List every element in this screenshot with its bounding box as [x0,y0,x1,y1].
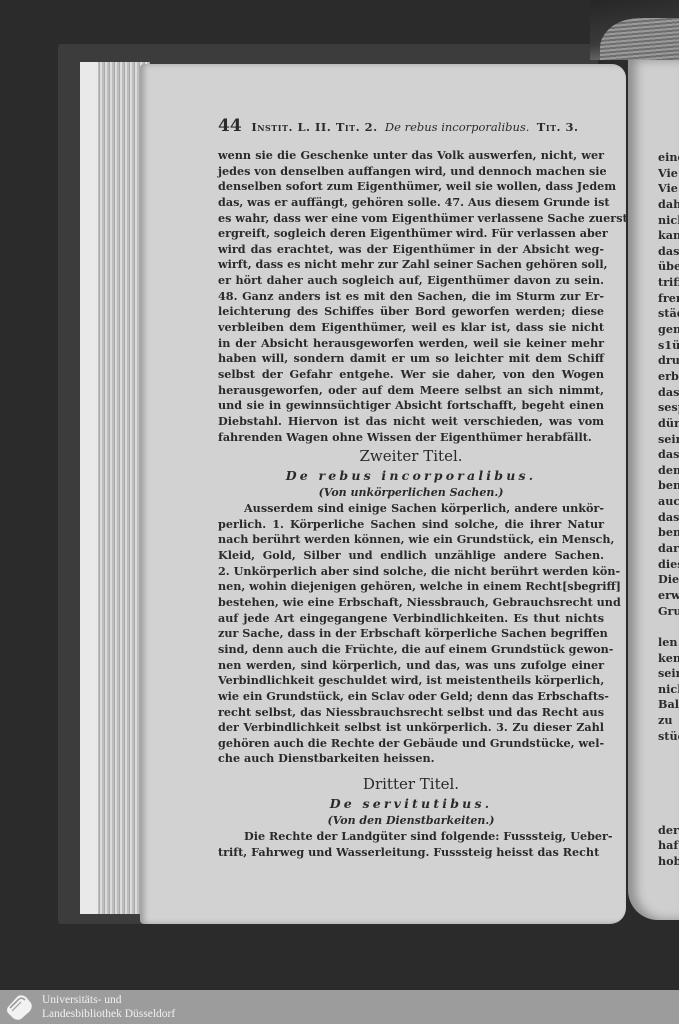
text-line: herausgeworfen, oder auf dem Meere selbs… [218,383,604,399]
facing-page-fragment: Die [658,572,679,588]
text-line: perlich. 1. Körperliche Sachen sind solc… [218,517,604,533]
section-heading: Dritter Titel. [218,773,604,795]
endpaper-strip [80,62,98,914]
text-line: denselben sofort zum Eigenthümer, weil s… [218,179,604,195]
facing-page-fragment: einc [658,150,679,166]
facing-page-fragment: gen [658,322,679,338]
facing-page-fragment: das [658,244,679,260]
text-line: verbleiben dem Eigenthümer, weil es klar… [218,320,604,336]
text-line: es wahr, dass wer eine vom Eigenthümer v… [218,211,604,227]
text-line: gehören auch die Rechte der Gebäude und … [218,736,604,752]
facing-page-fragment: fren [658,291,679,307]
text-line: leichterung des Schiffes über Bord gewor… [218,304,604,320]
section-latin-title: De rebus incorporalibus. [218,467,604,485]
text-line: nen, wohin diejenigen gehören, welche in… [218,579,604,595]
page-number: 44 [218,116,242,136]
facing-page-fragment: sein [658,432,679,448]
text-line: haben will, sondern damit er um so leich… [218,351,604,367]
facing-page-fragment: Bal [658,697,679,713]
text-line: trift, Fahrweg und Wasserleitung. Fussst… [218,845,604,861]
text-line: wirft, dass es nicht mehr zur Zahl seine… [218,257,604,273]
library-name: Universitäts- und Landesbibliothek Düsse… [42,993,175,1021]
facing-page-fragment: über [658,259,679,275]
section-2-text: Ausserdem sind einige Sachen körperlich,… [218,501,604,767]
text-line: recht selbst, das Niessbrauchsrecht selb… [218,705,604,721]
section-german-title: (Von unkörperlichen Sachen.) [218,485,604,501]
facing-page-fragment [658,776,679,792]
text-line: Die Rechte der Landgüter sind folgende: … [218,829,604,845]
text-line: Verbindlichkeit geschuldet wird, ist mei… [218,673,604,689]
facing-page-fragment: ben [658,525,679,541]
facing-page-fragment: dar [658,541,679,557]
facing-page-fragment: auch [658,494,679,510]
facing-page-fragment [658,791,679,807]
facing-page-fragment: dass [658,447,679,463]
text-line: nen werden, sind körperlich, und das, wa… [218,658,604,674]
running-head-next: Tit. 3. [537,120,579,134]
paragraph-1: wenn sie die Geschenke unter das Volk au… [218,148,604,445]
text-line: in der Absicht herausgeworfen werden, we… [218,336,604,352]
library-name-line1: Universitäts- und [42,993,175,1007]
text-line: fahrenden Wagen ohne Wissen der Eigenthü… [218,430,604,446]
text-line: Ausserdem sind einige Sachen körperlich,… [218,501,604,517]
text-line: Diebstahl. Hiervon ist das nicht weit ve… [218,414,604,430]
facing-page-fragment: zu [658,713,679,729]
facing-page-fragment [658,807,679,823]
facing-page-fragment: trifft [658,275,679,291]
facing-page-fragment: das [658,510,679,526]
text-line: auf jede Art eingegangene Verbindlichkei… [218,611,604,627]
text-line: 48. Ganz anders ist es mit den Sachen, d… [218,289,604,305]
facing-page-fragment [658,760,679,776]
facing-page-fragment: s1ü [658,338,679,354]
text-line: 2. Unkörperlich aber sind solche, die ni… [218,564,604,580]
facing-page-fragment: haft [658,838,679,854]
text-line: sind, denn auch die Früchte, die auf ein… [218,642,604,658]
page-body: wenn sie die Geschenke unter das Volk au… [218,148,604,860]
facing-page-fragment: Vie [658,181,679,197]
library-name-line2: Landesbibliothek Düsseldorf [42,1007,175,1021]
section-3-text: Die Rechte der Landgüter sind folgende: … [218,829,604,860]
facing-page-fragment: dere [658,823,679,839]
facing-page-fragment: erw [658,588,679,604]
facing-page-text: eincVieViedahenichkandasübertrifftfrenst… [658,150,679,869]
facing-page-fragment: nich [658,213,679,229]
facing-page-fragment: sein [658,666,679,682]
facing-page-fragment: dürt [658,416,679,432]
text-line: das, was er auffängt, gehören solle. 47.… [218,195,604,211]
text-line: zur Sache, dass in der Erbschaft körperl… [218,626,604,642]
text-line: der Verbindlichkeit selbst ist unkörperl… [218,720,604,736]
facing-page-fragment: dies [658,557,679,573]
section-latin-title: De servitutibus. [218,795,604,813]
facing-page-fragment: Gru [658,604,679,620]
text-line: ergreift, sogleich deren Eigenthümer wir… [218,226,604,242]
text-line: und sie in gewinnsüchtiger Absicht forts… [218,398,604,414]
running-head: 44 Instit. L. II. Tit. 2. De rebus incor… [218,116,608,136]
facing-page-fragment: kan [658,228,679,244]
text-line: che auch Dienstbarkeiten heissen. [218,751,604,767]
facing-page-fragment: dass [658,385,679,401]
text-line: nach berührt werden können, wie ein Grun… [218,532,604,548]
text-line: jedes von denselben auffangen wird, und … [218,164,604,180]
facing-page-fragment [658,744,679,760]
running-head-title: De rebus incorporalibus. [385,120,530,134]
facing-page-fragment [658,619,679,635]
book-logo-icon [4,993,34,1021]
running-head-book: Instit. L. II. Tit. 2. [251,120,377,134]
facing-page-fragment: hob [658,854,679,870]
facing-page-fragment: ben [658,478,679,494]
facing-page-fragment: dahe [658,197,679,213]
facing-page-fragment: stüc [658,729,679,745]
text-line: er hört daher auch sogleich auf, Eigenth… [218,273,604,289]
facing-page-fragment: ken [658,651,679,667]
section-heading: Zweiter Titel. [218,445,604,467]
text-line: selbst der Gefahr entgehe. Wer sie daher… [218,367,604,383]
text-line: wenn sie die Geschenke unter das Volk au… [218,148,604,164]
facing-page-fragment: len [658,635,679,651]
section-german-title: (Von den Dienstbarkeiten.) [218,813,604,829]
text-line: wird das erachtet, was der Eigenthümer i… [218,242,604,258]
facing-page-fragment: erba [658,369,679,385]
text-line: bestehen, wie eine Erbschaft, Niessbrauc… [218,595,604,611]
facing-page-fragment: städ [658,306,679,322]
facing-page-fragment: sesp [658,400,679,416]
facing-page-fragment: dem [658,463,679,479]
facing-page-fragment: druc [658,353,679,369]
facing-page-fragment: nich [658,682,679,698]
text-line: wie ein Grundstück, ein Sclav oder Geld;… [218,689,604,705]
facing-page-fragment: Vie [658,166,679,182]
text-line: Kleid, Gold, Silber und endlich unzählig… [218,548,604,564]
library-footer: Universitäts- und Landesbibliothek Düsse… [0,990,679,1024]
